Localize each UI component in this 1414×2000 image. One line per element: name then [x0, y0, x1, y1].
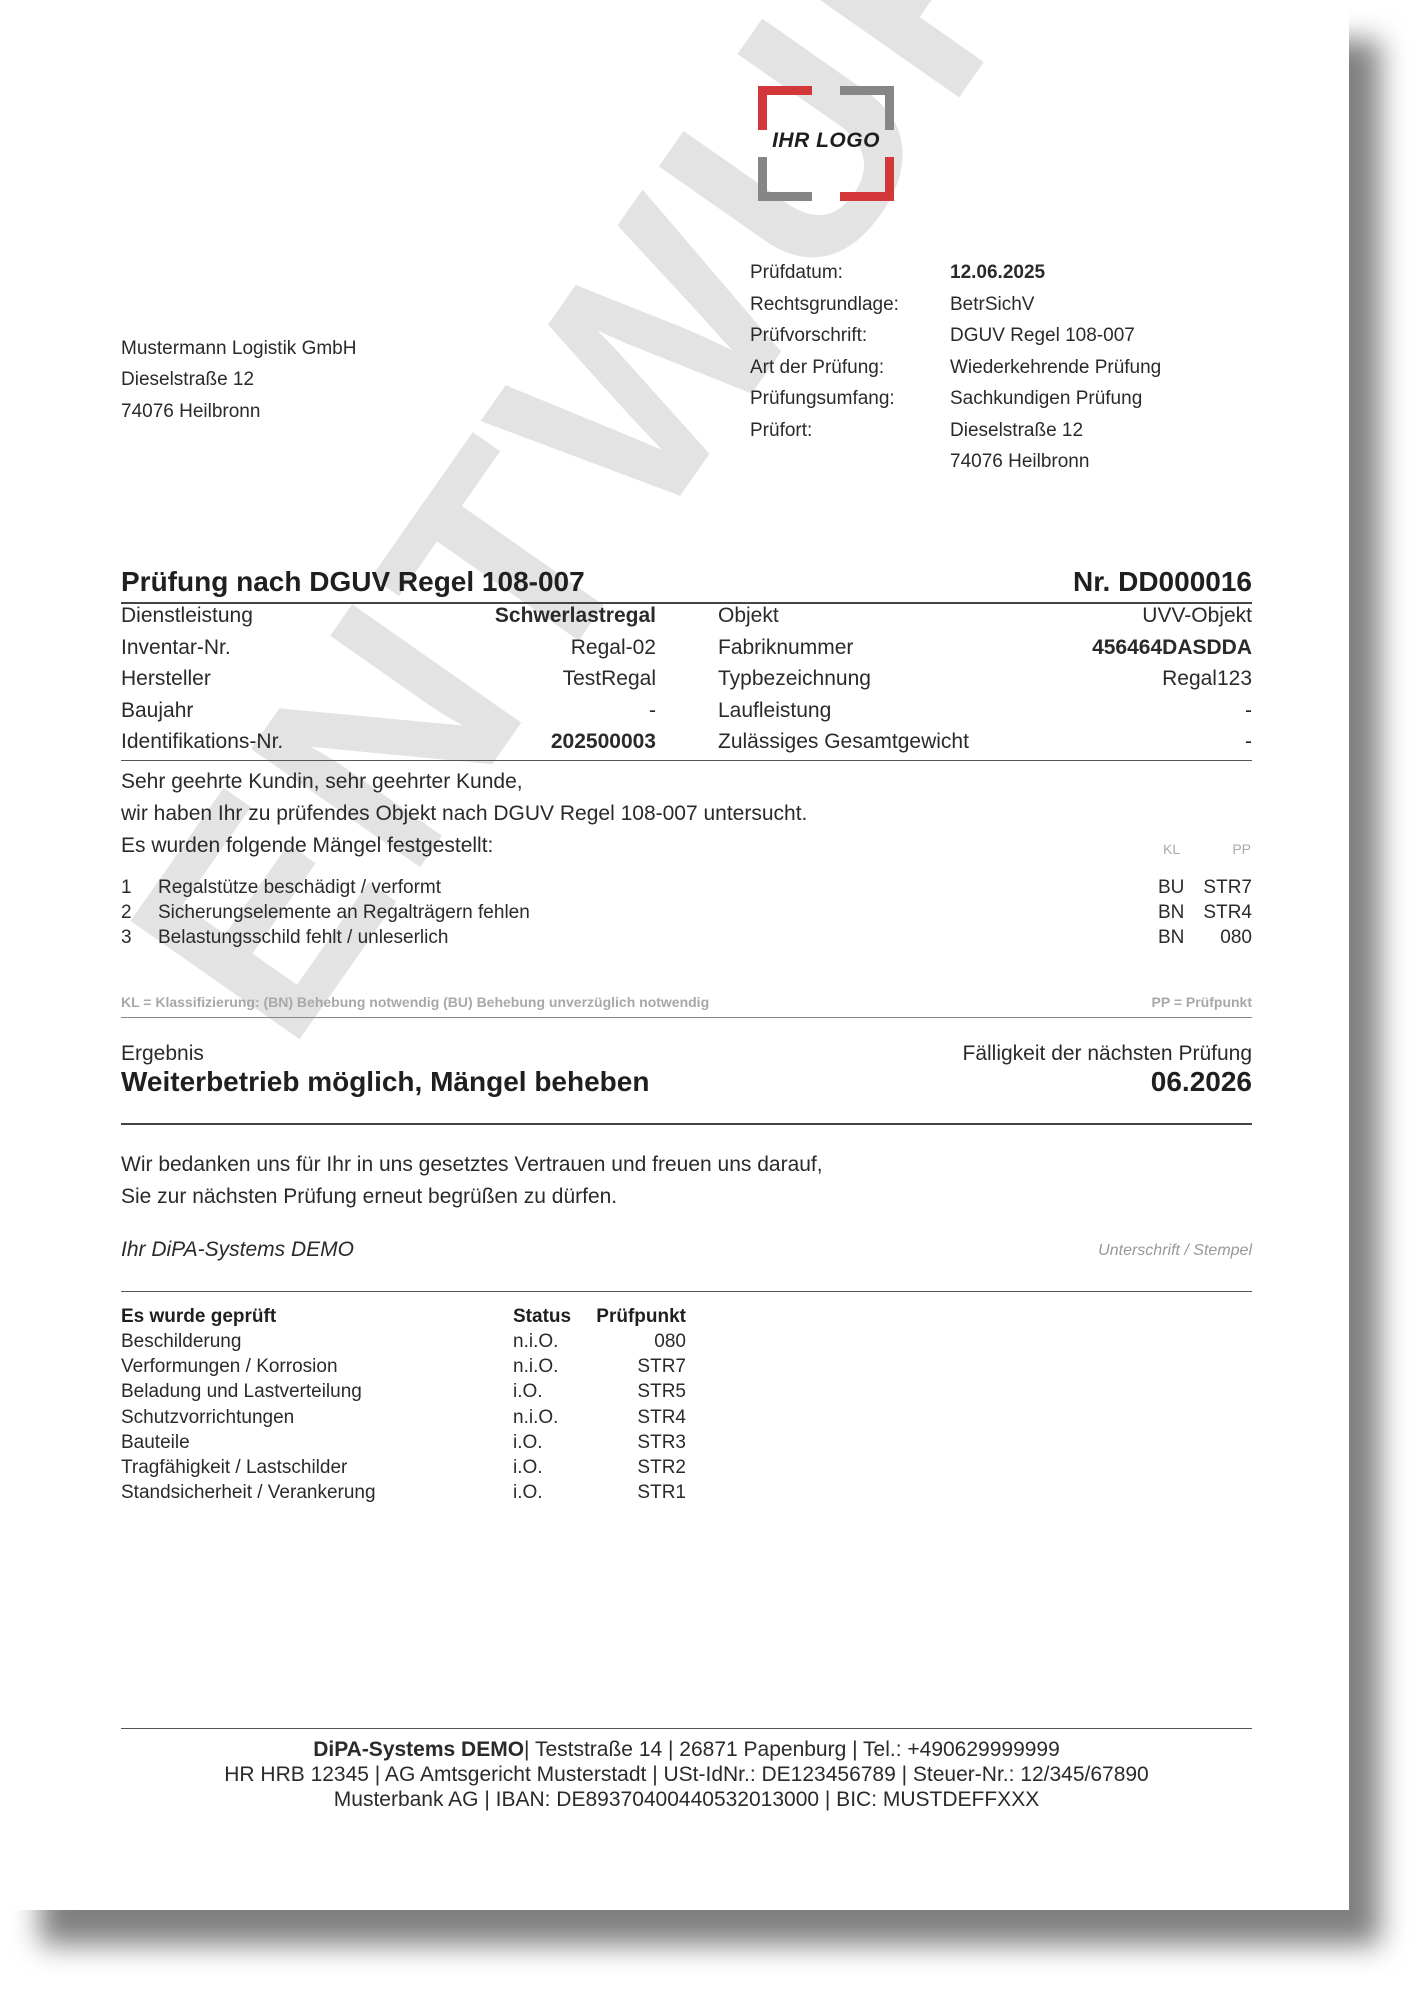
defect-checkpoint: 080: [1220, 927, 1252, 949]
meta-value: 74076 Heilbronn: [950, 451, 1089, 473]
intro-line: wir haben Ihr zu prüfendes Objekt nach D…: [121, 802, 807, 826]
report-title: Prüfung nach DGUV Regel 108-007: [121, 566, 585, 598]
recipient-name: Mustermann Logistik GmbH: [121, 338, 356, 360]
detail-label: Hersteller: [121, 667, 211, 691]
recipient-street: Dieselstraße 12: [121, 369, 254, 391]
meta-label: Rechtsgrundlage:: [750, 294, 899, 316]
logo-corner-icon: [758, 86, 812, 130]
meta-value: BetrSichV: [950, 294, 1034, 316]
checklist-item: Verformungen / Korrosion: [121, 1356, 338, 1378]
meta-value: Sachkundigen Prüfung: [950, 388, 1142, 410]
divider: [121, 1017, 1252, 1018]
detail-label: Laufleistung: [718, 699, 831, 723]
checklist-item: Beschilderung: [121, 1331, 241, 1353]
logo-corner-icon: [840, 157, 894, 201]
meta-label: Prüfdatum:: [750, 262, 843, 284]
defect-number: 2: [121, 902, 132, 924]
checklist-checkpoint: STR4: [637, 1407, 686, 1429]
detail-value: Schwerlastregal: [495, 604, 656, 628]
checklist-status: i.O.: [513, 1482, 543, 1504]
checklist-status: n.i.O.: [513, 1331, 558, 1353]
checklist-checkpoint: STR3: [637, 1432, 686, 1454]
detail-value: 202500003: [551, 730, 656, 754]
defect-number: 3: [121, 927, 132, 949]
result-value: Weiterbetrieb möglich, Mängel beheben: [121, 1066, 649, 1098]
meta-label: Prüfvorschrift:: [750, 325, 867, 347]
checklist-status: i.O.: [513, 1432, 543, 1454]
footer-divider: [121, 1728, 1252, 1729]
detail-value: Regal-02: [571, 636, 656, 660]
meta-label: Prüfungsumfang:: [750, 388, 895, 410]
detail-label: Identifikations-Nr.: [121, 730, 283, 754]
defects-intro: Es wurden folgende Mängel festgestellt:: [121, 834, 493, 858]
meta-value: DGUV Regel 108-007: [950, 325, 1135, 347]
detail-value: UVV-Objekt: [1142, 604, 1252, 628]
detail-value: -: [649, 699, 656, 723]
checklist-item: Schutzvorrichtungen: [121, 1407, 294, 1429]
checklist-checkpoint: STR2: [637, 1457, 686, 1479]
meta-label: Art der Prüfung:: [750, 357, 884, 379]
logo-corner-icon: [840, 86, 894, 130]
detail-label: Dienstleistung: [121, 604, 253, 628]
result-label: Ergebnis: [121, 1042, 204, 1066]
detail-value: -: [1245, 730, 1252, 754]
checklist-checkpoint: STR5: [637, 1381, 686, 1403]
checklist-status: i.O.: [513, 1457, 543, 1479]
meta-value: Wiederkehrende Prüfung: [950, 357, 1161, 379]
meta-value: Dieselstraße 12: [950, 420, 1083, 442]
footer-company-line: DiPA-Systems DEMO| Teststraße 14 | 26871…: [121, 1738, 1252, 1762]
pp-column-header: PP: [1232, 841, 1251, 857]
checklist-header-checkpoint: Prüfpunkt: [596, 1306, 686, 1328]
defect-classification: BU: [1158, 877, 1184, 899]
thanks-line: Sie zur nächsten Prüfung erneut begrüßen…: [121, 1185, 617, 1209]
defect-number: 1: [121, 877, 132, 899]
document-page: ENTWURF IHR LOGO Mustermann Logistik Gmb…: [0, 0, 1349, 1910]
divider: [121, 1123, 1252, 1125]
detail-label: Zulässiges Gesamtgewicht: [718, 730, 969, 754]
thanks-line: Wir bedanken uns für Ihr in uns gesetzte…: [121, 1153, 823, 1177]
defect-classification: BN: [1158, 902, 1184, 924]
checklist-checkpoint: STR1: [637, 1482, 686, 1504]
company-logo: IHR LOGO: [758, 86, 894, 201]
detail-label: Objekt: [718, 604, 779, 628]
checklist-status: i.O.: [513, 1381, 543, 1403]
footer-company: DiPA-Systems DEMO: [313, 1738, 524, 1761]
detail-value: Regal123: [1162, 667, 1252, 691]
defect-text: Belastungsschild fehlt / unleserlich: [158, 927, 448, 949]
checklist-item: Standsicherheit / Verankerung: [121, 1482, 376, 1504]
checklist-header-status: Status: [513, 1306, 571, 1328]
logo-text: IHR LOGO: [758, 129, 894, 153]
defect-checkpoint: STR7: [1203, 877, 1252, 899]
checklist-item: Beladung und Lastverteilung: [121, 1381, 362, 1403]
checklist-status: n.i.O.: [513, 1407, 558, 1429]
meta-label: Prüfort:: [750, 420, 812, 442]
detail-label: Fabriknummer: [718, 636, 853, 660]
detail-value: TestRegal: [563, 667, 656, 691]
classification-legend: KL = Klassifizierung: (BN) Behebung notw…: [121, 994, 709, 1010]
checklist-status: n.i.O.: [513, 1356, 558, 1378]
logo-corner-icon: [758, 157, 812, 201]
signature-name: Ihr DiPA-Systems DEMO: [121, 1238, 354, 1262]
footer-bank-line: Musterbank AG | IBAN: DE8937040044053201…: [121, 1788, 1252, 1812]
defect-text: Sicherungselemente an Regalträgern fehle…: [158, 902, 530, 924]
divider: [121, 1291, 1252, 1292]
checklist-item: Tragfähigkeit / Lastschilder: [121, 1457, 347, 1479]
defect-classification: BN: [1158, 927, 1184, 949]
next-inspection-date: 06.2026: [1151, 1066, 1252, 1098]
detail-value: -: [1245, 699, 1252, 723]
detail-label: Typbezeichnung: [718, 667, 871, 691]
checklist-item: Bauteile: [121, 1432, 190, 1454]
checklist-checkpoint: STR7: [637, 1356, 686, 1378]
kl-column-header: KL: [1163, 841, 1180, 857]
divider: [121, 602, 1252, 604]
signature-stamp-label: Unterschrift / Stempel: [1098, 1242, 1252, 1260]
footer-address: | Teststraße 14 | 26871 Papenburg | Tel.…: [524, 1738, 1060, 1761]
detail-label: Inventar-Nr.: [121, 636, 231, 660]
checklist-header-item: Es wurde geprüft: [121, 1306, 276, 1328]
meta-value: 12.06.2025: [950, 262, 1045, 284]
defect-checkpoint: STR4: [1203, 902, 1252, 924]
detail-label: Baujahr: [121, 699, 193, 723]
detail-value: 456464DASDDA: [1092, 636, 1252, 660]
defect-text: Regalstütze beschädigt / verformt: [158, 877, 441, 899]
report-number: Nr. DD000016: [1073, 566, 1252, 598]
next-inspection-label: Fälligkeit der nächsten Prüfung: [963, 1042, 1253, 1066]
recipient-city: 74076 Heilbronn: [121, 401, 260, 423]
footer-registry-line: HR HRB 12345 | AG Amtsgericht Musterstad…: [121, 1763, 1252, 1787]
checklist-checkpoint: 080: [654, 1331, 686, 1353]
greeting-line: Sehr geehrte Kundin, sehr geehrter Kunde…: [121, 770, 523, 794]
divider: [121, 760, 1252, 761]
pp-legend: PP = Prüfpunkt: [1152, 994, 1252, 1010]
